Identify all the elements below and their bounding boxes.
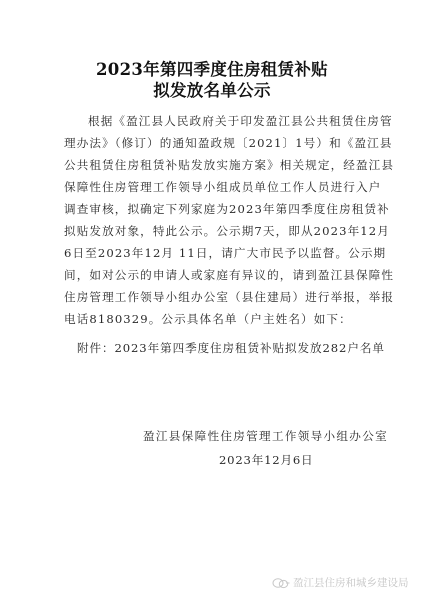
wechat-official-account-icon: [272, 577, 290, 589]
body-line: 理办法》（修订）的通知盈政规〔2021〕1号）和《盈江县: [64, 132, 364, 154]
body-line: 公共租赁住房租赁补贴发放实施方案》相关规定，经盈江县: [64, 154, 364, 176]
watermark: 盈江县住房和城乡建设局: [272, 575, 409, 590]
title-line-2: 拟发放名单公示: [0, 77, 424, 101]
body-line: 根据《盈江县人民政府关于印发盈江县公共租赁住房管: [64, 110, 364, 132]
document-page: 2023年第四季度住房租赁补贴 拟发放名单公示 根据《盈江县人民政府关于印发盈江…: [0, 0, 424, 600]
body-line: 6日至2023年12月 11日，请广大市民予以监督。公示期: [64, 242, 364, 264]
body-line: 拟贴发放对象，特此公示。公示期7天，即从2023年12月: [64, 220, 364, 242]
attachment-note: 附件：2023年第四季度住房租赁补贴拟发放282户名单: [77, 340, 385, 356]
body-line: 调查审核，拟确定下列家庭为2023年第四季度住房租赁补: [64, 198, 364, 220]
body-line: 间，如对公示的申请人或家庭有异议的，请到盈江县保障性: [64, 264, 364, 286]
notice-body: 根据《盈江县人民政府关于印发盈江县公共租赁住房管 理办法》（修订）的通知盈政规〔…: [64, 110, 364, 330]
body-line: 住房管理工作领导小组办公室（县住建局）进行举报，举报: [64, 286, 364, 308]
body-line: 电话8180329。公示具体名单（户主姓名）如下：: [64, 308, 364, 330]
signature-organization: 盈江县保障性住房管理工作领导小组办公室: [143, 428, 388, 444]
signature-date: 2023年12月6日: [219, 452, 313, 468]
body-line: 保障性住房管理工作领导小组成员单位工作人员进行入户: [64, 176, 364, 198]
watermark-text: 盈江县住房和城乡建设局: [293, 575, 409, 590]
